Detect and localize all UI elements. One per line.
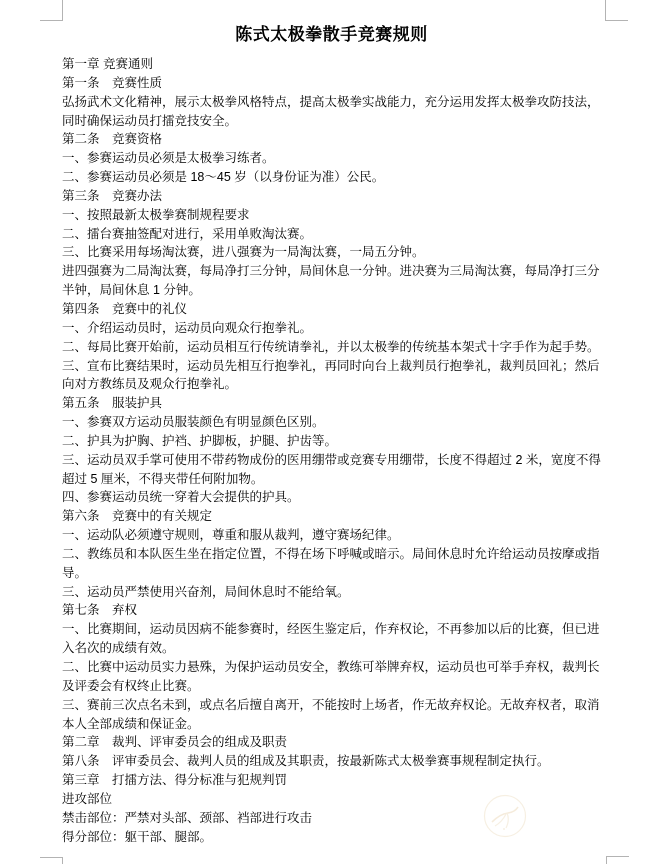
text-line: 一、按照最新太极拳赛制规程要求 — [62, 206, 622, 225]
document-body: 第一章 竞赛通则 第一条 竞赛性质 弘扬武术文化精神，展示太极拳风格特点，提高太… — [62, 55, 622, 846]
text-line: 半钟，局间休息 1 分钟。 — [62, 281, 622, 300]
text-line-chapter-1: 第一章 竞赛通则 — [62, 55, 622, 74]
text-line: 同时确保运动员打擂竞技安全。 — [62, 112, 622, 131]
text-line: 三、运动员严禁使用兴奋剂，局间休息时不能给氧。 — [62, 583, 622, 602]
text-line: 一、参赛双方运动员服装颜色有明显颜色区别。 — [62, 413, 622, 432]
text-line: 二、每局比赛开始前，运动员相互行传统请拳礼，并以太极拳的传统基本架式十字手作为起… — [62, 338, 622, 357]
text-line: 超过 5 厘米，不得夹带任何附加物。 — [62, 470, 622, 489]
text-line: 三、比赛采用每场淘汰赛，进八强赛为一局淘汰赛，一局五分钟。 — [62, 243, 622, 262]
text-line: 二、比赛中运动员实力悬殊，为保护运动员安全，教练可举牌弃权，运动员也可举手弃权，… — [62, 658, 622, 677]
text-line: 三、运动员双手掌可使用不带药物成份的医用绷带或竞赛专用绷带，长度不得超过 2 米… — [62, 451, 622, 470]
document-page: 陈式太极拳散手竞赛规则 第一章 竞赛通则 第一条 竞赛性质 弘扬武术文化精神，展… — [0, 0, 663, 864]
text-line: 四、参赛运动员统一穿着大会提供的护具。 — [62, 488, 622, 507]
text-boundary-mark-top-left — [40, 0, 63, 21]
text-line: 导。 — [62, 564, 622, 583]
text-line: 三、宣布比赛结果时，运动员先相互行抱拳礼，再同时向台上裁判员行抱拳礼，裁判员回礼… — [62, 357, 622, 376]
text-boundary-mark-top-right — [605, 0, 628, 21]
text-line: 一、运动队必须遵守规则，尊重和服从裁判，遵守赛场纪律。 — [62, 526, 622, 545]
text-line-article-5: 第五条 服装护具 — [62, 394, 622, 413]
text-line: 进四强赛为二局淘汰赛，每局净打三分钟，局间休息一分钟。进决赛为三局淘汰赛，每局净… — [62, 262, 622, 281]
text-line: 二、护具为护胸、护裆、护脚板，护腿、护齿等。 — [62, 432, 622, 451]
text-line: 本人全部成绩和保证金。 — [62, 715, 622, 734]
text-line-article-7: 第七条 弃权 — [62, 601, 622, 620]
text-line-article-8: 第八条 评审委员会、裁判人员的组成及其职责，按最新陈式太极拳赛事规程制定执行。 — [62, 752, 622, 771]
document-title: 陈式太极拳散手竞赛规则 — [0, 25, 663, 45]
text-line-article-6: 第六条 竞赛中的有关规定 — [62, 507, 622, 526]
text-line: 三、赛前三次点名未到，或点名后擅自离开，不能按时上场者，作无故弃权论。无故弃权者… — [62, 696, 622, 715]
text-line-article-1: 第一条 竞赛性质 — [62, 74, 622, 93]
text-boundary-mark-bottom-left — [40, 857, 63, 864]
text-boundary-mark-bottom-right — [606, 856, 629, 864]
text-line: 禁击部位：严禁对头部、颈部、裆部进行攻击 — [62, 809, 622, 828]
text-line: 二、擂台赛抽签配对进行，采用单败淘汰赛。 — [62, 225, 622, 244]
text-line: 向对方教练员及观众行抱拳礼。 — [62, 375, 622, 394]
text-line-chapter-3: 第三章 打擂方法、得分标准与犯规判罚 — [62, 771, 622, 790]
text-line-article-3: 第三条 竞赛办法 — [62, 187, 622, 206]
text-line: 一、参赛运动员必须是太极拳习练者。 — [62, 149, 622, 168]
text-line: 一、介绍运动员时，运动员向观众行抱拳礼。 — [62, 319, 622, 338]
text-line-article-2: 第二条 竞赛资格 — [62, 130, 622, 149]
text-line-chapter-2: 第二章 裁判、评审委员会的组成及职责 — [62, 733, 622, 752]
text-line: 二、参赛运动员必须是 18～45 岁（以身份证为准）公民。 — [62, 168, 622, 187]
text-line-article-4: 第四条 竞赛中的礼仪 — [62, 300, 622, 319]
text-line: 二、教练员和本队医生坐在指定位置，不得在场下呼喊或暗示。局间休息时允许给运动员按… — [62, 545, 622, 564]
text-line: 入名次的成绩有效。 — [62, 639, 622, 658]
text-line: 及评委会有权终止比赛。 — [62, 677, 622, 696]
text-line: 一、比赛期间，运动员因病不能参赛时，经医生鉴定后，作弃权论，不再参加以后的比赛，… — [62, 620, 622, 639]
text-line: 进攻部位 — [62, 790, 622, 809]
text-line: 得分部位：躯干部、腿部。 — [62, 828, 622, 847]
text-line: 弘扬武术文化精神，展示太极拳风格特点，提高太极拳实战能力，充分运用发挥太极拳攻防… — [62, 93, 622, 112]
